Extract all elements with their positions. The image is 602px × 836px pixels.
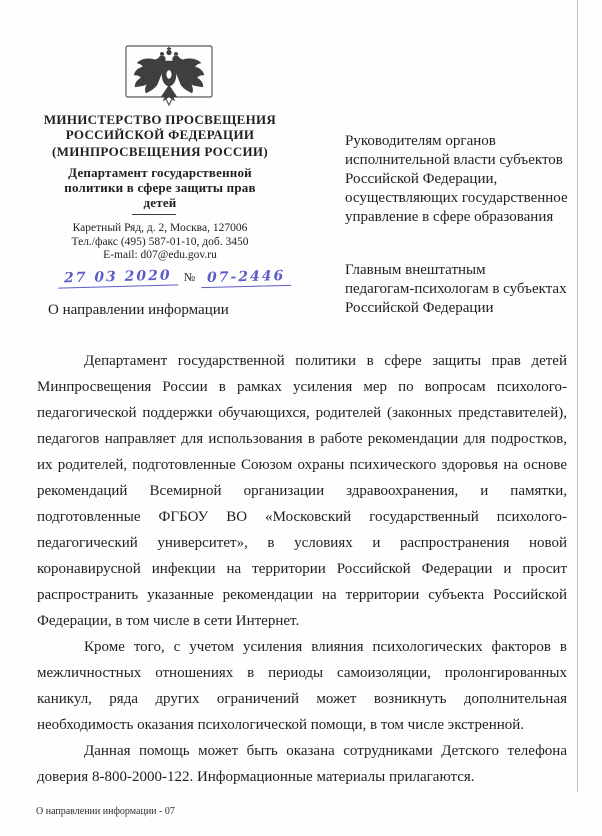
- ministry-line-1: МИНИСТЕРСТВО ПРОСВЕЩЕНИЯ: [44, 112, 276, 127]
- ministry-name: МИНИСТЕРСТВО ПРОСВЕЩЕНИЯ РОССИЙСКОЙ ФЕДЕ…: [20, 112, 300, 159]
- address-block: Каретный Ряд, д. 2, Москва, 127006 Тел./…: [20, 222, 300, 263]
- ministry-line-3: (МИНПРОСВЕЩЕНИЯ РОССИИ): [20, 144, 300, 159]
- recipient-secondary: Главным внештатным педагогам-психологам …: [345, 261, 580, 318]
- scanned-letter-page: МИНИСТЕРСТВО ПРОСВЕЩЕНИЯ РОССИЙСКОЙ ФЕДЕ…: [0, 0, 602, 836]
- recipients-block: Руководителям органов исполнительной вла…: [345, 113, 580, 337]
- address-phone: Тел./факс (495) 587-01-10, доб. 3450: [20, 236, 300, 250]
- number-sign: №: [184, 270, 195, 287]
- handwritten-number: 07-2446: [201, 268, 292, 288]
- body-paragraph-3: Данная помощь может быть оказана сотрудн…: [37, 738, 567, 790]
- body-paragraph-2: Кроме того, с учетом усиления влияния пс…: [37, 634, 567, 738]
- header-divider: [132, 214, 176, 215]
- date-number-row: 27 03 2020 № 07-2446: [58, 261, 298, 287]
- department-name: Департамент государственной политики в с…: [20, 165, 300, 210]
- subject-line: О направлении информации: [48, 302, 229, 319]
- ministry-line-2: РОССИЙСКОЙ ФЕДЕРАЦИИ: [66, 127, 255, 142]
- body-paragraph-1: Департамент государственной политики в с…: [37, 348, 567, 634]
- letter-body: Департамент государственной политики в с…: [37, 348, 567, 790]
- footer-reference: О направлении информации - 07: [36, 806, 175, 817]
- address-street: Каретный Ряд, д. 2, Москва, 127006: [20, 222, 300, 236]
- handwritten-date: 27 03 2020: [58, 267, 178, 288]
- recipient-primary: Руководителям органов исполнительной вла…: [345, 132, 580, 227]
- coat-of-arms-icon: [125, 45, 213, 109]
